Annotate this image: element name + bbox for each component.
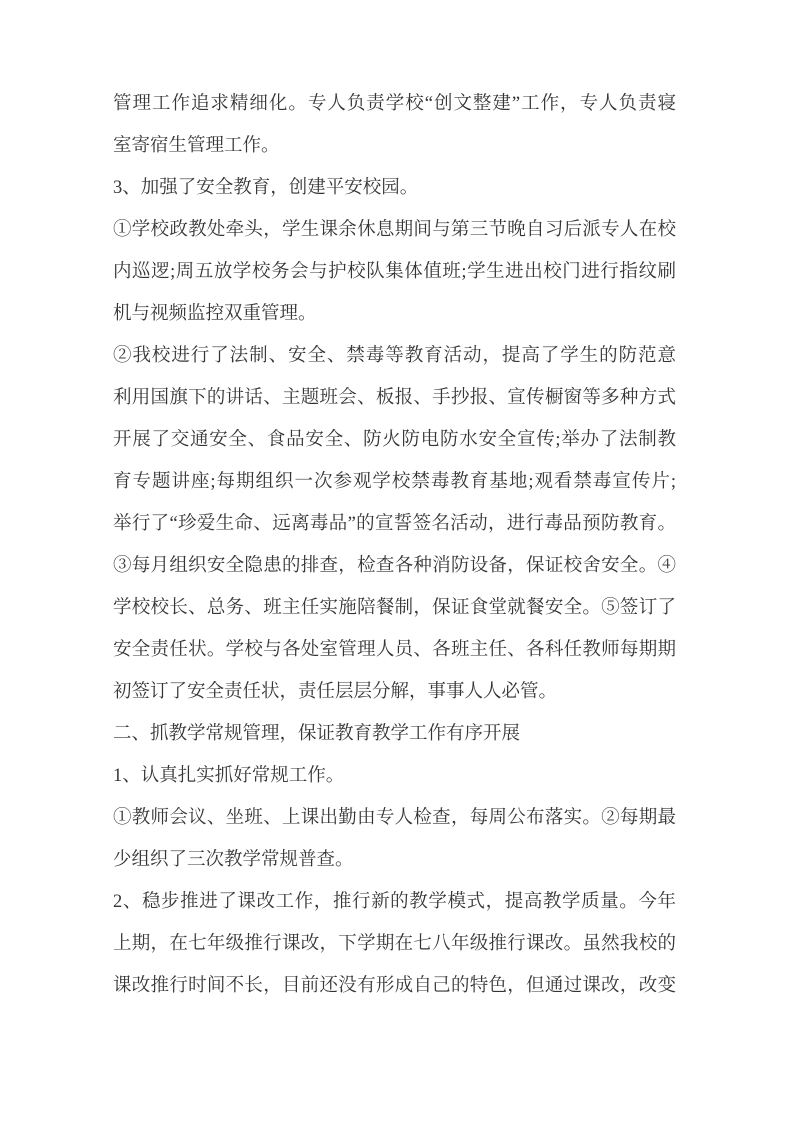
text-line: 利用国旗下的讲话、主题班会、板报、手抄报、宣传橱窗等多种方式	[113, 377, 676, 419]
text-line: 管理工作追求精细化。专人负责学校“创文整建”工作，专人负责寝	[113, 83, 676, 125]
text-line: 上期，在七年级推行课改，下学期在七八年级推行课改。虽然我校的	[113, 923, 676, 965]
document-text-body: 管理工作追求精细化。专人负责学校“创文整建”工作，专人负责寝 室寄宿生管理工作。…	[113, 83, 676, 1007]
text-line: 育专题讲座;每期组织一次参观学校禁毒教育基地;观看禁毒宣传片;	[113, 461, 676, 503]
text-line: ①教师会议、坐班、上课出勤由专人检查，每周公布落实。②每期最	[113, 797, 676, 839]
text-line: 课改推行时间不长，目前还没有形成自己的特色，但通过课改，改变	[113, 965, 676, 1007]
text-line: 少组织了三次教学常规普查。	[113, 839, 676, 881]
section-heading: 二、抓教学常规管理，保证教育教学工作有序开展	[113, 713, 676, 755]
text-line: 初签订了安全责任状，责任层层分解，事事人人必管。	[113, 671, 676, 713]
list-item-heading: 3、加强了安全教育，创建平安校园。	[113, 167, 676, 209]
text-line: 安全责任状。学校与各处室管理人员、各班主任、各科任教师每期期	[113, 629, 676, 671]
text-line: 机与视频监控双重管理。	[113, 293, 676, 335]
text-line: ①学校政教处牵头，学生课余休息期间与第三节晚自习后派专人在校	[113, 209, 676, 251]
list-item-heading: 1、认真扎实抓好常规工作。	[113, 755, 676, 797]
text-line: 内巡逻;周五放学校务会与护校队集体值班;学生进出校门进行指纹刷	[113, 251, 676, 293]
list-item-heading: 2、稳步推进了课改工作，推行新的教学模式，提高教学质量。今年	[113, 881, 676, 923]
text-line: 开展了交通安全、食品安全、防火防电防水安全宣传;举办了法制教	[113, 419, 676, 461]
document-page: 管理工作追求精细化。专人负责学校“创文整建”工作，专人负责寝 室寄宿生管理工作。…	[0, 0, 793, 1122]
text-line: 举行了“珍爱生命、远离毒品”的宣誓签名活动，进行毒品预防教育。	[113, 503, 676, 545]
text-line: ③每月组织安全隐患的排查，检查各种消防设备，保证校舍安全。④	[113, 545, 676, 587]
text-line: 室寄宿生管理工作。	[113, 125, 676, 167]
text-line: 学校校长、总务、班主任实施陪餐制，保证食堂就餐安全。⑤签订了	[113, 587, 676, 629]
text-line: ②我校进行了法制、安全、禁毒等教育活动，提高了学生的防范意识。	[113, 335, 676, 377]
